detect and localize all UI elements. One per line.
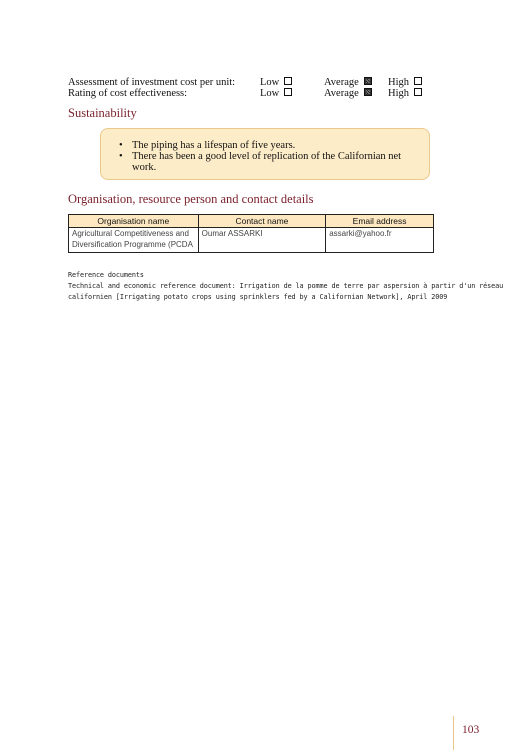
reference-line: californien [Irrigating potato crops usi… (68, 293, 447, 301)
column-header-organisation: Organisation name (69, 215, 199, 228)
page-number: 103 (462, 724, 479, 736)
sustainability-list: The piping has a lifespan of five years.… (119, 140, 419, 173)
checkbox-empty-icon[interactable] (414, 77, 422, 85)
checkbox-empty-icon[interactable] (414, 88, 422, 96)
column-header-contact: Contact name (198, 215, 326, 228)
cell-email[interactable]: assarki@yahoo.fr (326, 228, 434, 253)
cell-organisation: Agricultural Competitiveness and Diversi… (69, 228, 199, 253)
option-label: High (388, 88, 409, 99)
column-header-email: Email address (326, 215, 434, 228)
checkbox-empty-icon[interactable] (284, 88, 292, 96)
table-row: Agricultural Competitiveness and Diversi… (69, 228, 434, 253)
option-label: Low (260, 88, 279, 99)
reference-line: Technical and economic reference documen… (68, 282, 503, 290)
sustainability-callout: The piping has a lifespan of five years.… (100, 128, 430, 180)
checkbox-empty-icon[interactable] (284, 77, 292, 85)
checkbox-checked-icon[interactable] (364, 88, 372, 96)
contacts-table: Organisation name Contact name Email add… (68, 214, 434, 253)
page-number-rule (453, 716, 454, 750)
list-item: There has been a good level of replicati… (119, 151, 419, 173)
option-label: Average (324, 77, 359, 88)
option-label: High (388, 77, 409, 88)
checkbox-checked-icon[interactable] (364, 77, 372, 85)
cell-contact: Oumar ASSARKI (198, 228, 326, 253)
references-heading: Reference documents (68, 271, 144, 279)
option-label: Low (260, 77, 279, 88)
rating-label: Rating of cost effectiveness: (68, 88, 187, 100)
option-average: Average (324, 88, 372, 100)
table-header-row: Organisation name Contact name Email add… (69, 215, 434, 228)
list-item: The piping has a lifespan of five years. (119, 140, 419, 151)
option-high: High (388, 88, 422, 100)
option-label: Average (324, 88, 359, 99)
option-low: Low (260, 88, 292, 100)
organisation-heading: Organisation, resource person and contac… (68, 192, 314, 207)
sustainability-heading: Sustainability (68, 106, 137, 121)
